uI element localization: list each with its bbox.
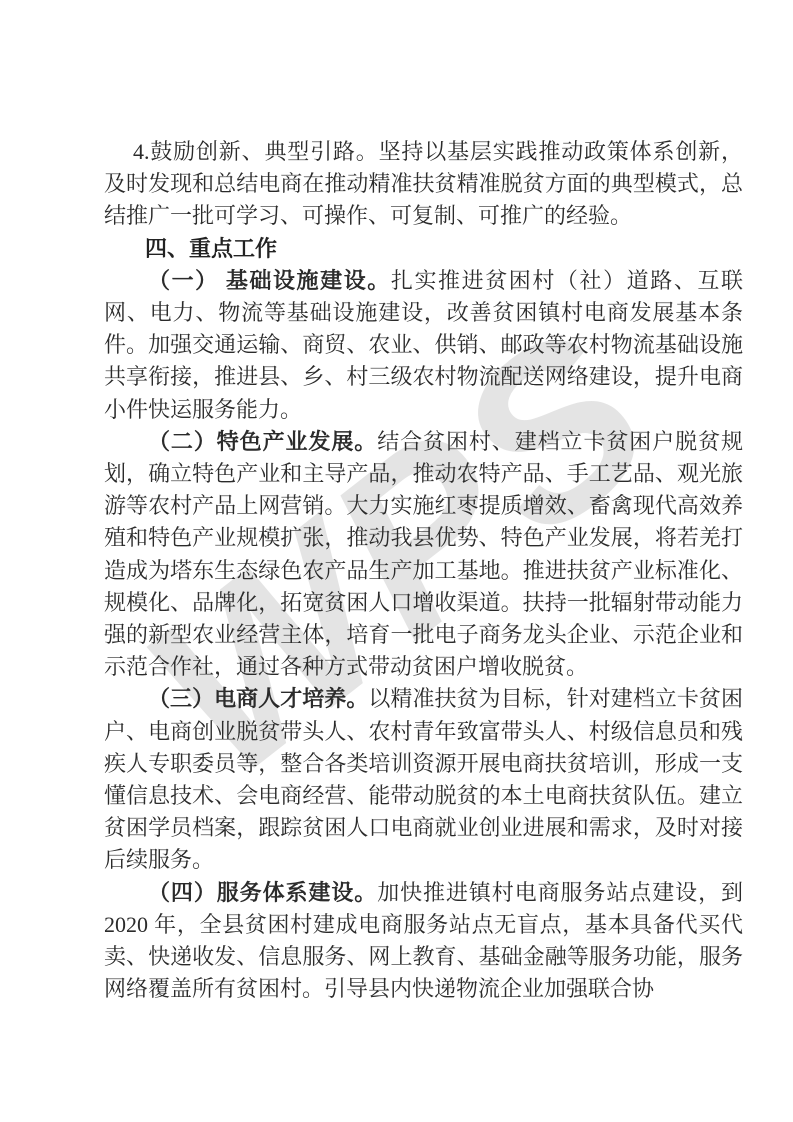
paragraph-infrastructure: （一） 基础设施建设。扎实推进贫困村（社）道路、互联网、电力、物流等基础设施建设… [104, 265, 743, 426]
paragraph-industry: （二）特色产业发展。结合贫困村、建档立卡贫困户脱贫规划，确立特色产业和主导产品，… [104, 426, 743, 684]
paragraph-lead: （二）特色产业发展。 [148, 429, 377, 454]
section-heading: 四、重点工作 [104, 233, 743, 265]
document-page: WPS 4.鼓励创新、典型引路。坚持以基层实践推动政策体系创新，及时发现和总结电… [0, 0, 793, 1122]
paragraph-text: 以精准扶贫为目标，针对建档立卡贫困户、电商创业脱贫带头人、农村青年致富带头人、村… [104, 686, 743, 872]
paragraph-talent: （三）电商人才培养。以精准扶贫为目标，针对建档立卡贫困户、电商创业脱贫带头人、农… [104, 683, 743, 876]
paragraph-text: 结合贫困村、建档立卡贫困户脱贫规划，确立特色产业和主导产品，推动农特产品、手工艺… [104, 429, 743, 679]
paragraph-lead: （三）电商人才培养。 [148, 686, 368, 711]
document-body: 4.鼓励创新、典型引路。坚持以基层实践推动政策体系创新，及时发现和总结电商在推动… [104, 136, 743, 1005]
paragraph-lead: （一） 基础设施建设。 [148, 268, 391, 293]
paragraph-lead: （四）服务体系建设。 [148, 880, 377, 905]
paragraph-item-4: 4.鼓励创新、典型引路。坚持以基层实践推动政策体系创新，及时发现和总结电商在推动… [104, 136, 743, 233]
paragraph-service-system: （四）服务体系建设。加快推进镇村电商服务站点建设，到 2020 年，全县贫困村建… [104, 877, 743, 1006]
